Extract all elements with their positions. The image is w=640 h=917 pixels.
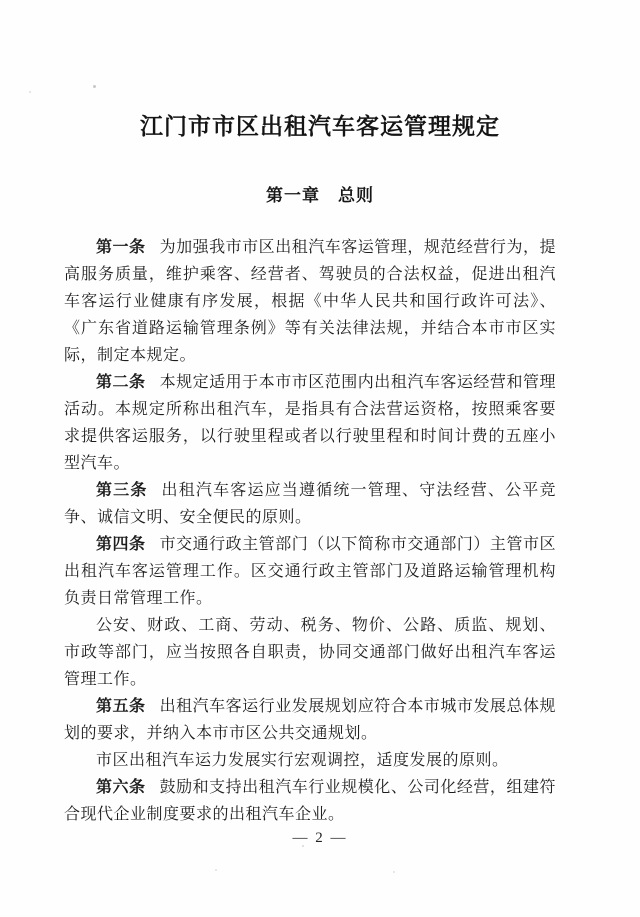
paragraph-text: 市区出租汽车运力发展实行宏观调控，适度发展的原则。: [96, 752, 509, 769]
paragraph: 第五条出租汽车客运行业发展规划应符合本市城市发展总体规划的要求，并纳入本市市区公…: [64, 693, 556, 747]
article-number: 第四条: [96, 536, 146, 553]
paragraph: 第六条鼓励和支持出租汽车行业规模化、公司化经营，组建符合现代企业制度要求的出租汽…: [64, 774, 556, 828]
paragraph: 市区出租汽车运力发展实行宏观调控，适度发展的原则。: [64, 747, 556, 774]
article-number: 第五条: [96, 698, 146, 715]
chapter-heading: 第一章 总则: [0, 181, 640, 206]
article-number: 第一条: [96, 239, 146, 256]
paragraph: 第三条出租汽车客运应当遵循统一管理、守法经营、公平竞争、诚信文明、安全便民的原则…: [64, 477, 556, 531]
paragraph-text: 公安、财政、工商、劳动、税务、物价、公路、质监、规划、市政等部门，应当按照各自职…: [64, 617, 556, 688]
page-number: — 2 —: [0, 830, 640, 847]
paragraph: 公安、财政、工商、劳动、税务、物价、公路、质监、规划、市政等部门，应当按照各自职…: [64, 612, 556, 693]
article-number: 第三条: [96, 482, 148, 499]
scan-speck: [215, 869, 217, 871]
paragraph: 第四条市交通行政主管部门（以下简称市交通部门）主管市区出租汽车客运管理工作。区交…: [64, 531, 556, 612]
document-title: 江门市市区出租汽车客运管理规定: [0, 0, 640, 141]
document-body: 第一条为加强我市市区出租汽车客运管理，规范经营行为，提高服务质量，维护乘客、经营…: [64, 234, 556, 828]
scan-speck: [302, 845, 304, 847]
paragraph: 第一条为加强我市市区出租汽车客运管理，规范经营行为，提高服务质量，维护乘客、经营…: [64, 234, 556, 369]
scan-speck: [393, 871, 395, 873]
scan-speck: [29, 91, 31, 93]
scan-speck: [93, 85, 96, 88]
paragraph-text: 为加强我市市区出租汽车客运管理，规范经营行为，提高服务质量，维护乘客、经营者、驾…: [64, 239, 556, 364]
paragraph: 第二条本规定适用于本市市区范围内出租汽车客运经营和管理活动。本规定所称出租汽车，…: [64, 369, 556, 477]
article-number: 第二条: [96, 374, 146, 391]
document-page: 江门市市区出租汽车客运管理规定 第一章 总则 第一条为加强我市市区出租汽车客运管…: [0, 0, 640, 917]
article-number: 第六条: [96, 779, 146, 796]
